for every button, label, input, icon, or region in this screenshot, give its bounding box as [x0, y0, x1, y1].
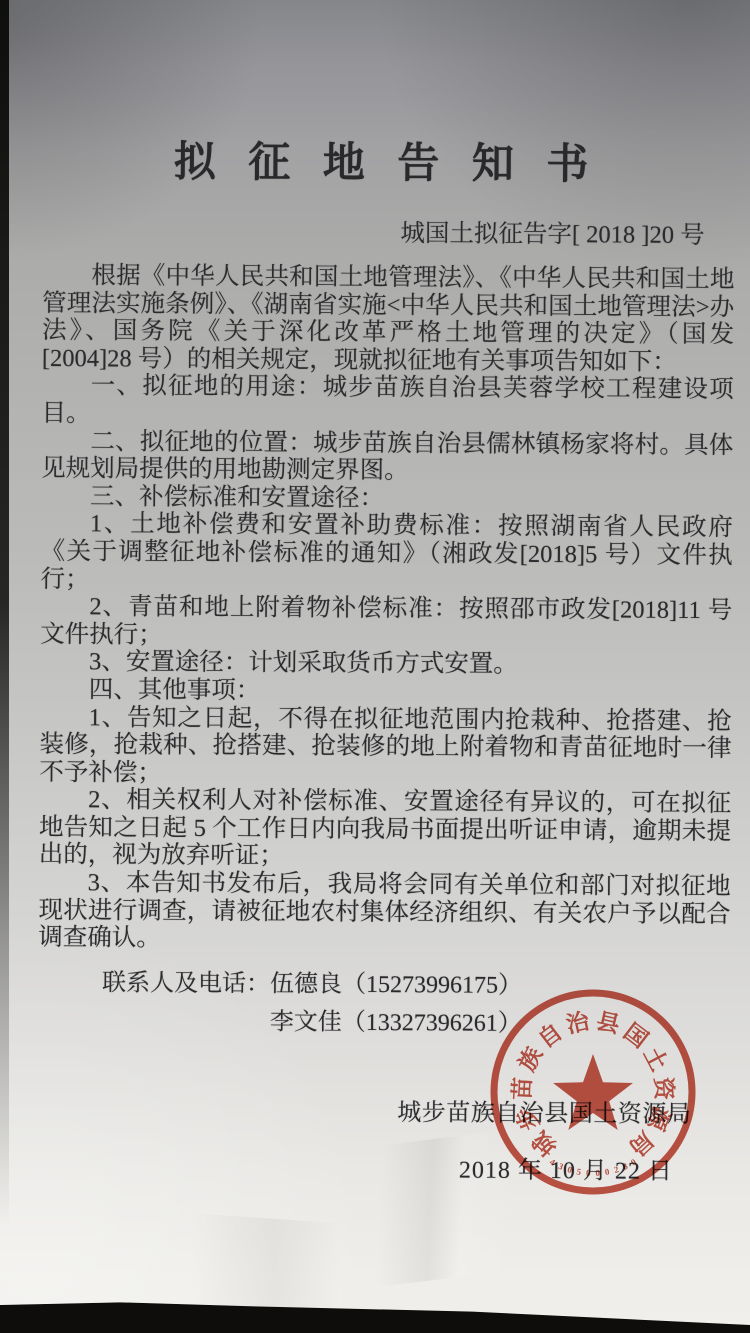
- seal-code-digit: 3: [557, 1161, 566, 1172]
- seal-arc-char: 国: [619, 1019, 652, 1053]
- seal-code-digit: 0: [586, 1168, 592, 1178]
- seal-code-digit: 8: [621, 1161, 630, 1172]
- paragraph: 根据《中华人民共和国土地管理法》、《中华人民共和国土地管理法实施条例》、《湖南省…: [42, 262, 735, 377]
- seal-arc-char: 苗: [510, 1076, 536, 1100]
- page-title: 拟 征 地 告 知 书: [12, 128, 750, 193]
- document-number: 城国土拟征告字[ 2018 ]20 号: [12, 212, 750, 252]
- seal-arc-char: 资: [650, 1076, 677, 1101]
- paragraph: 1、土地补偿费和安置补助费标准：按照湖南省人民政府《关于调整征地补偿标准的通知》…: [40, 510, 732, 597]
- contact-label-spacer: [102, 1002, 270, 1041]
- seal-code-digit: 0: [566, 1164, 574, 1175]
- document-body: 根据《中华人民共和国土地管理法》、《中华人民共和国土地管理法实施条例》、《湖南省…: [38, 262, 734, 956]
- paragraph: 3、本告知书发布后，我局将会同有关单位和部门对拟征地现状进行调查，请被征地农村集…: [38, 869, 730, 956]
- seal-arc-char: 城: [528, 1127, 562, 1161]
- seal-code-digit: 0: [604, 1166, 611, 1177]
- seal-arc-char: 步: [512, 1103, 544, 1134]
- official-seal: 城 步 苗 族 自 治 县 国 土 资 源 局 4 3 0 5 0 0 0 2 …: [483, 982, 703, 1202]
- seal-arc-char: 族: [513, 1043, 547, 1075]
- seal-arc-char: 县: [594, 1008, 622, 1037]
- paragraph: 3、安置途径：计划采取货币方式安置。: [40, 648, 732, 680]
- paragraph: 2、青苗和地上附着物补偿标准：按照邵市政发[2018]11 号文件执行；: [40, 593, 732, 652]
- seal-code-digit: 0: [595, 1168, 601, 1178]
- seal-arc-char: 自: [533, 1018, 567, 1053]
- contact-label: 联系人及电话：: [102, 964, 270, 1003]
- paragraph: 1、告知之日起，不得在拟征地范围内抢栽种、抢搭建、抢装修，抢栽种、抢搭建、抢装修…: [39, 703, 731, 790]
- seal-arc-char: 源: [642, 1103, 674, 1135]
- paragraph: 一、拟征地的用途：城步苗族自治县芙蓉学校工程建设项目。: [41, 372, 733, 431]
- seal-graphic: 城 步 苗 族 自 治 县 国 土 资 源 局 4 3 0 5 0 0 0 2 …: [483, 982, 703, 1202]
- star-icon: [553, 1054, 633, 1130]
- seal-code-digit: 5: [576, 1166, 583, 1177]
- paragraph: 2、相关权利人对补偿标准、安置途径有异议的，可在拟征地告知之日起 5 个工作日内…: [39, 786, 731, 873]
- seal-arc-char: 治: [564, 1007, 593, 1038]
- seal-arc-char: 土: [639, 1043, 672, 1075]
- seal-code-digit: 4: [548, 1157, 557, 1168]
- photo-backdrop: 拟 征 地 告 知 书 城国土拟征告字[ 2018 ]20 号 根据《中华人民共…: [0, 0, 750, 1333]
- seal-code-digit: 2: [613, 1164, 621, 1175]
- paragraph: 四、其他事项：: [40, 676, 732, 708]
- paragraph: 二、拟征地的位置：城步苗族自治县儒林镇杨家将村。具体见规划局提供的用地勘测定界图…: [41, 427, 733, 486]
- seal-arc-char: 局: [624, 1126, 658, 1160]
- seal-code-digit: 0: [629, 1156, 638, 1167]
